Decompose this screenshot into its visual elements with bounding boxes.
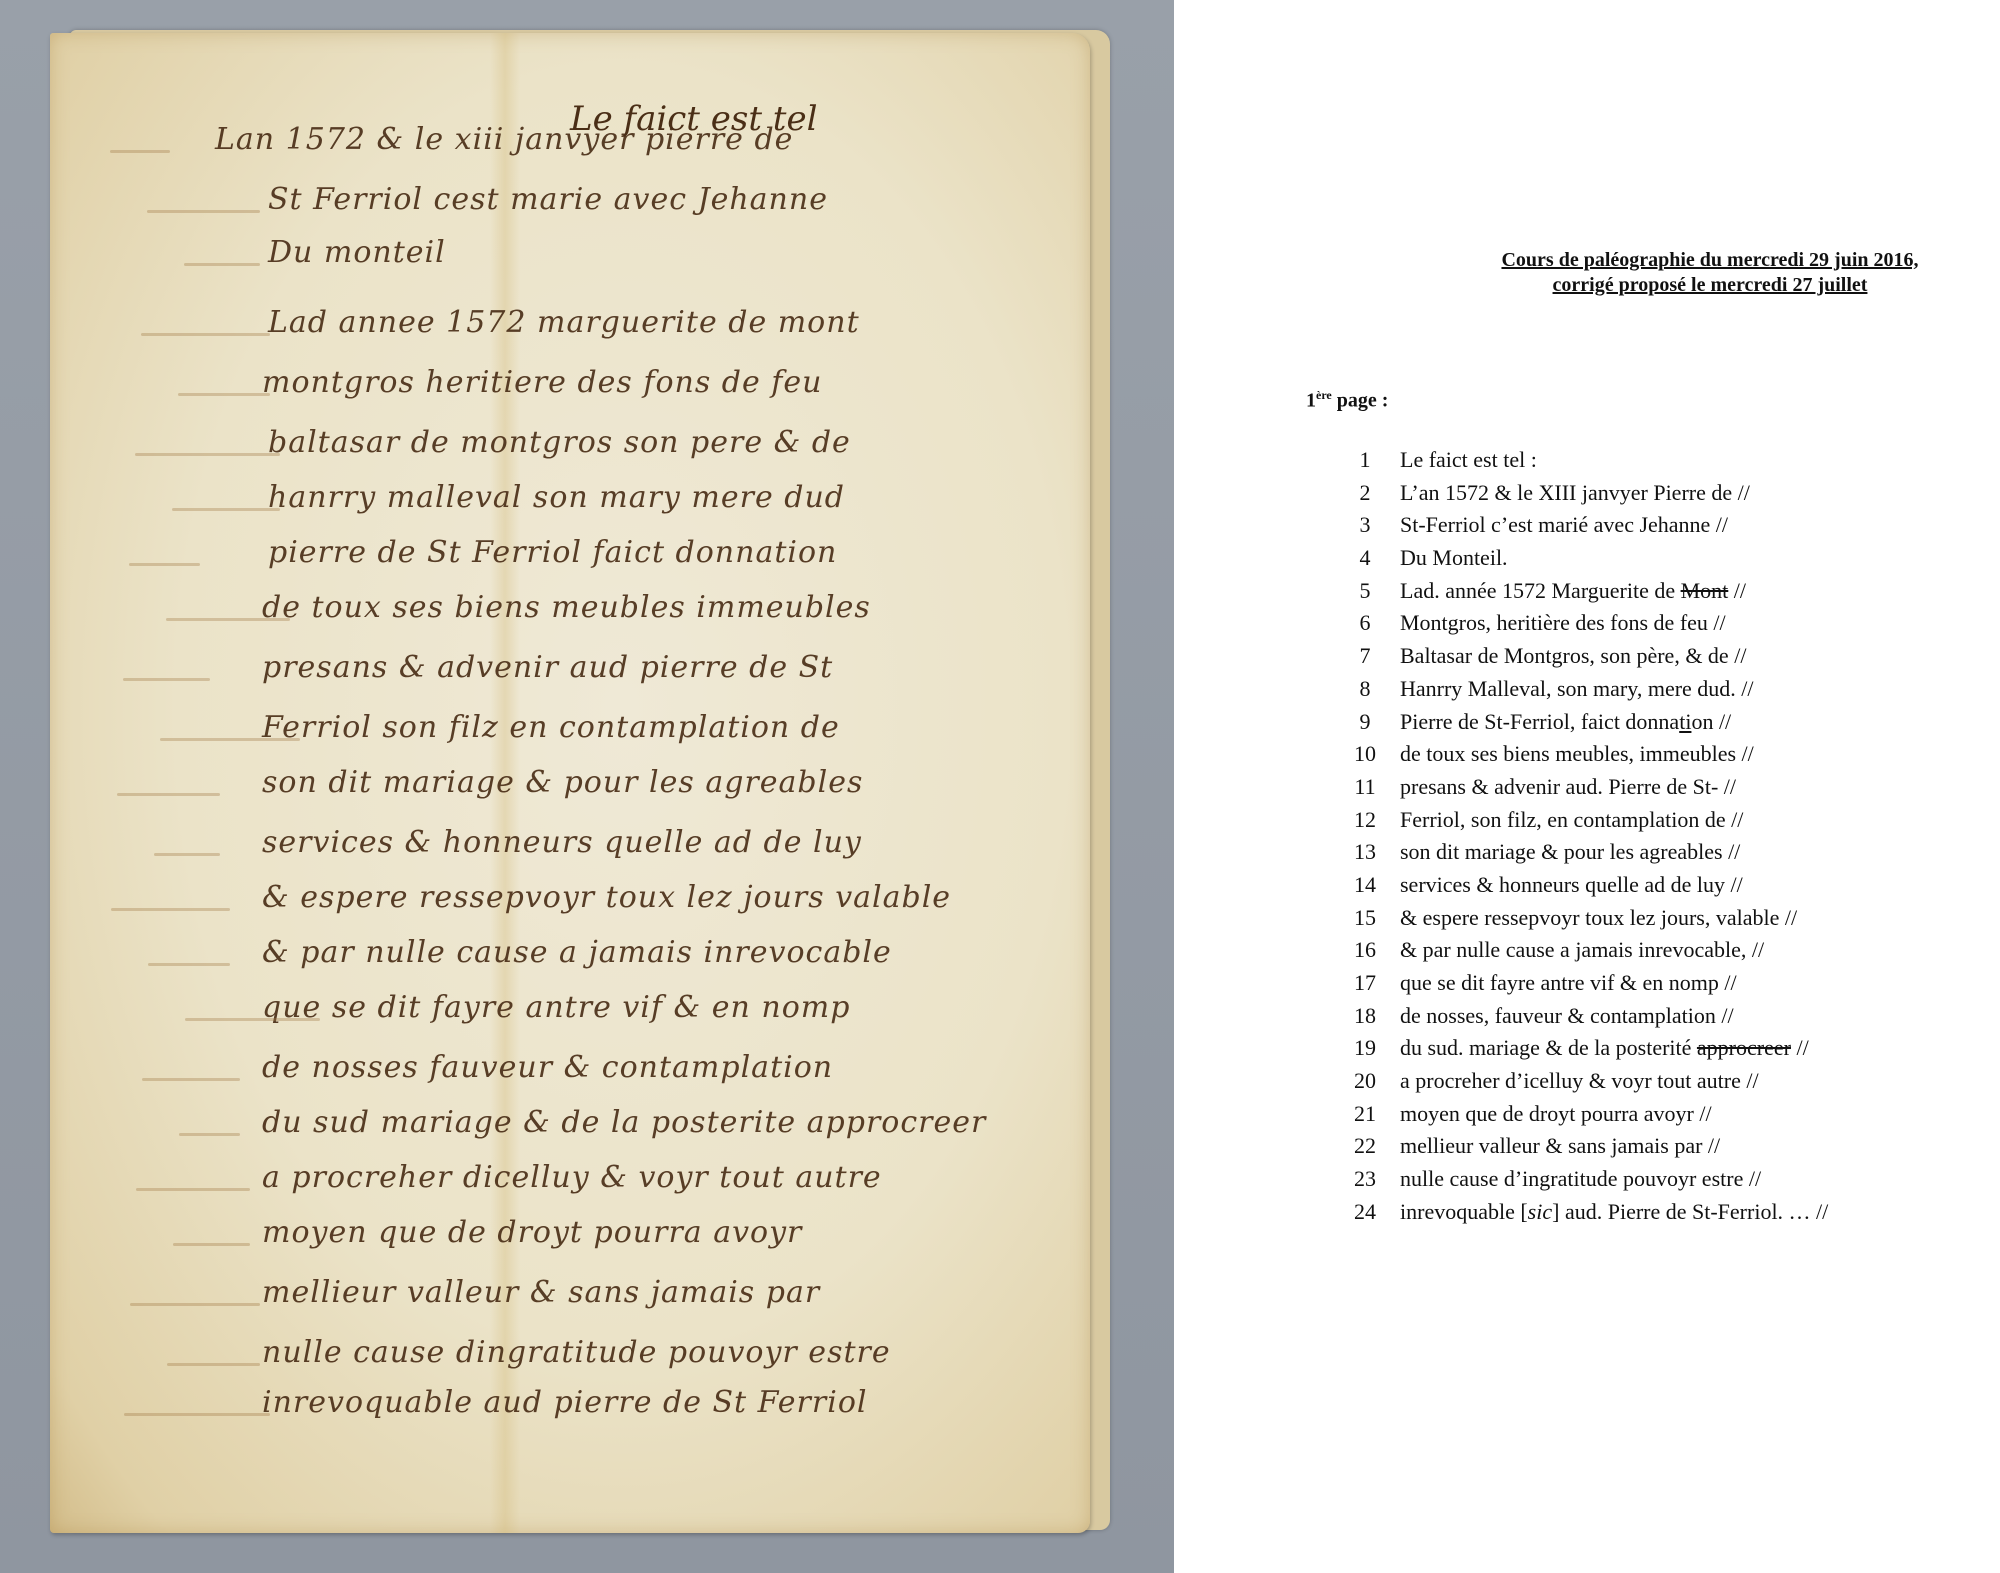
bleed-through-stroke: [136, 1188, 250, 1191]
line-number: 2: [1330, 480, 1400, 506]
line-text: & par nulle cause a jamais inrevocable, …: [1400, 937, 1764, 963]
handwritten-line: a procreher dicelluy & voyr tout autre: [262, 1160, 882, 1195]
transcription-row: 4Du Monteil.: [1330, 545, 1828, 578]
transcription-row: 20a procreher d’icelluy & voyr tout autr…: [1330, 1068, 1828, 1101]
handwritten-line: hanrry malleval son mary mere dud: [268, 480, 845, 515]
handwritten-line: montgros heritiere des fons de feu: [262, 365, 822, 400]
line-text: moyen que de droyt pourra avoyr //: [1400, 1101, 1712, 1127]
page-number: 1: [1306, 390, 1316, 412]
transcription-row: 9Pierre de St-Ferriol, faict donnation /…: [1330, 709, 1828, 742]
transcription-row: 15& espere ressepvoyr toux lez jours, va…: [1330, 905, 1828, 938]
line-text: Le faict est tel :: [1400, 447, 1537, 473]
line-text: services & honneurs quelle ad de luy //: [1400, 872, 1743, 898]
line-number: 4: [1330, 545, 1400, 571]
line-text: Lad. année 1572 Marguerite de Mont //: [1400, 578, 1746, 604]
bleed-through-stroke: [129, 563, 200, 566]
transcription-row: 5Lad. année 1572 Marguerite de Mont //: [1330, 578, 1828, 611]
line-number: 8: [1330, 676, 1400, 702]
transcription-heading: Cours de paléographie du mercredi 29 jui…: [1420, 248, 2000, 298]
bleed-through-stroke: [179, 1133, 240, 1136]
line-text: Montgros, heritière des fons de feu //: [1400, 610, 1726, 636]
manuscript-photo: Le faict est tel Lan 1572 & le xiii janv…: [0, 0, 1174, 1573]
page-label-text: page :: [1332, 390, 1389, 412]
line-number: 18: [1330, 1003, 1400, 1029]
line-number: 16: [1330, 937, 1400, 963]
line-text: son dit mariage & pour les agreables //: [1400, 839, 1740, 865]
line-number: 15: [1330, 905, 1400, 931]
bleed-through-stroke: [154, 853, 220, 856]
bleed-through-stroke: [135, 453, 280, 456]
line-number: 6: [1330, 610, 1400, 636]
transcription-row: 22mellieur valleur & sans jamais par //: [1330, 1133, 1828, 1166]
line-number: 23: [1330, 1166, 1400, 1192]
handwritten-line: du sud mariage & de la posterite approcr…: [262, 1105, 986, 1140]
transcription-row: 21moyen que de droyt pourra avoyr //: [1330, 1101, 1828, 1134]
handwritten-line: & par nulle cause a jamais inrevocable: [262, 935, 892, 970]
line-number: 20: [1330, 1068, 1400, 1094]
bleed-through-stroke: [147, 210, 260, 213]
bleed-through-stroke: [141, 333, 270, 336]
struck-text: approcreer: [1697, 1035, 1791, 1060]
transcription-row: 17que se dit fayre antre vif & en nomp /…: [1330, 970, 1828, 1003]
line-number: 12: [1330, 807, 1400, 833]
line-text: Du Monteil.: [1400, 545, 1508, 571]
transcription-lines: 1Le faict est tel :2L’an 1572 & le XIII …: [1330, 447, 1828, 1232]
handwritten-line: inrevoquable aud pierre de St Ferriol: [262, 1385, 868, 1420]
handwritten-line: Lad annee 1572 marguerite de mont: [268, 305, 860, 340]
line-text: Pierre de St-Ferriol, faict donnation //: [1400, 709, 1731, 735]
handwritten-line: de nosses fauveur & contamplation: [262, 1050, 833, 1085]
bleed-through-stroke: [173, 1243, 250, 1246]
transcription-row: 14services & honneurs quelle ad de luy /…: [1330, 872, 1828, 905]
line-text: Baltasar de Montgros, son père, & de //: [1400, 643, 1746, 669]
line-text: inrevoquable [sic] aud. Pierre de St-Fer…: [1400, 1199, 1828, 1225]
handwritten-line: St Ferriol cest marie avec Jehanne: [268, 182, 828, 217]
handwritten-line: Lan 1572 & le xiii janvyer pierre de: [215, 122, 793, 157]
bleed-through-stroke: [185, 1018, 320, 1021]
bleed-through-stroke: [167, 1363, 260, 1366]
line-number: 11: [1330, 774, 1400, 800]
struck-text: Mont: [1681, 578, 1729, 603]
handwritten-line: Ferriol son filz en contamplation de: [262, 710, 840, 745]
line-text: que se dit fayre antre vif & en nomp //: [1400, 970, 1737, 996]
bleed-through-stroke: [130, 1303, 260, 1306]
line-text: mellieur valleur & sans jamais par //: [1400, 1133, 1720, 1159]
bleed-through-stroke: [160, 738, 300, 741]
underlined-text: ti: [1679, 709, 1691, 734]
line-number: 19: [1330, 1035, 1400, 1061]
line-text: du sud. mariage & de la posterité approc…: [1400, 1035, 1809, 1061]
line-text: a procreher d’icelluy & voyr tout autre …: [1400, 1068, 1759, 1094]
transcription-row: 11presans & advenir aud. Pierre de St- /…: [1330, 774, 1828, 807]
line-text: L’an 1572 & le XIII janvyer Pierre de //: [1400, 480, 1750, 506]
heading-line-1: Cours de paléographie du mercredi 29 jui…: [1420, 248, 2000, 273]
transcription-row: 1Le faict est tel :: [1330, 447, 1828, 480]
bleed-through-stroke: [117, 793, 220, 796]
transcription-row: 6Montgros, heritière des fons de feu //: [1330, 610, 1828, 643]
line-number: 22: [1330, 1133, 1400, 1159]
handwritten-line: services & honneurs quelle ad de luy: [262, 825, 862, 860]
handwritten-line: que se dit fayre antre vif & en nomp: [262, 990, 850, 1025]
transcription-row: 24inrevoquable [sic] aud. Pierre de St-F…: [1330, 1199, 1828, 1232]
bleed-through-stroke: [148, 963, 230, 966]
line-number: 13: [1330, 839, 1400, 865]
handwritten-line: baltasar de montgros son pere & de: [268, 425, 851, 460]
line-number: 9: [1330, 709, 1400, 735]
line-text: de toux ses biens meubles, immeubles //: [1400, 741, 1754, 767]
page-label: 1ère page :: [1306, 388, 1388, 413]
bleed-through-stroke: [124, 1413, 270, 1416]
line-number: 1: [1330, 447, 1400, 473]
bleed-through-stroke: [166, 618, 290, 621]
bleed-through-stroke: [111, 908, 230, 911]
handwritten-line: moyen que de droyt pourra avoyr: [262, 1215, 802, 1250]
transcription-row: 8Hanrry Malleval, son mary, mere dud. //: [1330, 676, 1828, 709]
transcription-row: 3St-Ferriol c’est marié avec Jehanne //: [1330, 512, 1828, 545]
bleed-through-stroke: [184, 263, 260, 266]
line-text: presans & advenir aud. Pierre de St- //: [1400, 774, 1736, 800]
handwritten-line: presans & advenir aud pierre de St: [262, 650, 833, 685]
transcription-row: 16& par nulle cause a jamais inrevocable…: [1330, 937, 1828, 970]
line-number: 14: [1330, 872, 1400, 898]
manuscript-page: Le faict est tel Lan 1572 & le xiii janv…: [50, 33, 1090, 1533]
transcription-row: 19du sud. mariage & de la posterité appr…: [1330, 1035, 1828, 1068]
line-text: Hanrry Malleval, son mary, mere dud. //: [1400, 676, 1754, 702]
line-number: 21: [1330, 1101, 1400, 1127]
bleed-through-stroke: [142, 1078, 240, 1081]
handwritten-line: pierre de St Ferriol faict donnation: [268, 535, 837, 570]
bleed-through-stroke: [172, 508, 280, 511]
line-number: 10: [1330, 741, 1400, 767]
line-number: 3: [1330, 512, 1400, 538]
transcription-row: 10de toux ses biens meubles, immeubles /…: [1330, 741, 1828, 774]
handwritten-line: de toux ses biens meubles immeubles: [262, 590, 871, 625]
handwritten-line: mellieur valleur & sans jamais par: [262, 1275, 820, 1310]
line-text: nulle cause d’ingratitude pouvoyr estre …: [1400, 1166, 1761, 1192]
line-text: Ferriol, son filz, en contamplation de /…: [1400, 807, 1743, 833]
bleed-through-stroke: [123, 678, 210, 681]
transcription-row: 13son dit mariage & pour les agreables /…: [1330, 839, 1828, 872]
heading-line-2: corrigé proposé le mercredi 27 juillet: [1420, 273, 2000, 298]
handwritten-line: son dit mariage & pour les agreables: [262, 765, 863, 800]
bleed-through-stroke: [110, 150, 170, 153]
line-number: 24: [1330, 1199, 1400, 1225]
transcription-row: 23nulle cause d’ingratitude pouvoyr estr…: [1330, 1166, 1828, 1199]
line-text: de nosses, fauveur & contamplation //: [1400, 1003, 1734, 1029]
transcription-row: 2L’an 1572 & le XIII janvyer Pierre de /…: [1330, 480, 1828, 513]
handwritten-line: nulle cause dingratitude pouvoyr estre: [262, 1335, 891, 1370]
italic-text: sic: [1528, 1199, 1552, 1224]
line-text: St-Ferriol c’est marié avec Jehanne //: [1400, 512, 1728, 538]
line-number: 7: [1330, 643, 1400, 669]
line-number: 17: [1330, 970, 1400, 996]
manuscript-handwriting: Lan 1572 & le xiii janvyer pierre deSt F…: [50, 33, 1090, 1533]
line-text: & espere ressepvoyr toux lez jours, vala…: [1400, 905, 1797, 931]
bleed-through-stroke: [178, 393, 270, 396]
line-number: 5: [1330, 578, 1400, 604]
transcription-row: 12Ferriol, son filz, en contamplation de…: [1330, 807, 1828, 840]
transcription-row: 18de nosses, fauveur & contamplation //: [1330, 1003, 1828, 1036]
handwritten-line: & espere ressepvoyr toux lez jours valab…: [262, 880, 951, 915]
page-ordinal: ère: [1316, 388, 1332, 402]
handwritten-line: Du monteil: [268, 235, 446, 270]
transcription-row: 7Baltasar de Montgros, son père, & de //: [1330, 643, 1828, 676]
